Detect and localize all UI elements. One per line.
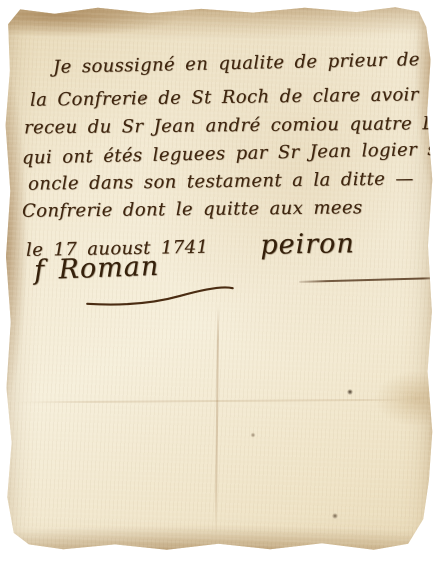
manuscript-line-4: qui ont étés leguees par Sr Jean logier … xyxy=(22,138,442,168)
manuscript-line-1: Je soussigné en qualite de prieur de xyxy=(53,49,420,78)
paper-sheet: Je soussigné en qualite de prieur de la … xyxy=(3,5,434,552)
manuscript-line-6: Confrerie dont le quitte aux mees xyxy=(22,197,363,222)
manuscript-line-2: la Confrerie de St Roch de clare avoir xyxy=(30,84,419,110)
signature-roman: f Roman xyxy=(33,251,159,286)
scanned-document: Je soussigné en qualite de prieur de la … xyxy=(0,0,442,567)
manuscript-line-8: f Roman xyxy=(33,251,159,286)
vertical-crease xyxy=(215,305,219,535)
long-ink-stroke xyxy=(299,277,437,283)
signature-underline-flourish xyxy=(85,285,236,309)
manuscript-line-3: receu du Sr Jean andré comiou quatre Liu… xyxy=(24,113,442,139)
manuscript-line-5: oncle dans son testament a la ditte — xyxy=(28,168,414,194)
signature-peiron: peiron xyxy=(260,228,355,261)
